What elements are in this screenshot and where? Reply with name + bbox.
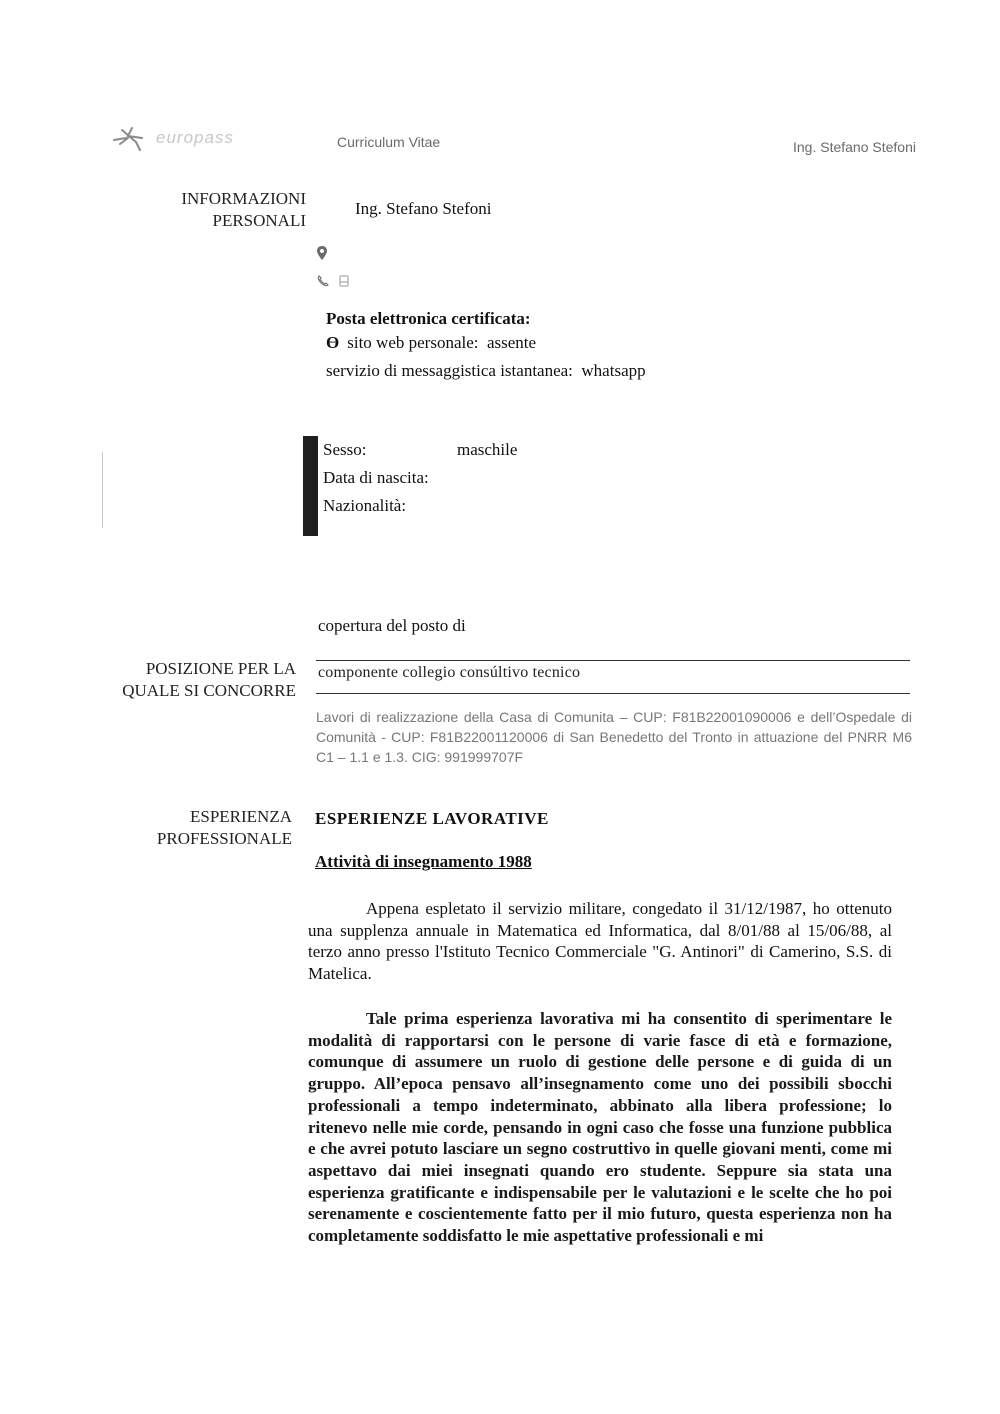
section-label-line: INFORMAZIONI xyxy=(86,188,306,210)
detail-label: Data di nascita: xyxy=(323,464,457,492)
scan-margin-line xyxy=(102,452,103,528)
section-label-experience: ESPERIENZA PROFESSIONALE xyxy=(72,806,292,850)
experience-heading: ESPERIENZE LAVORATIVE xyxy=(315,809,549,829)
phone-icon xyxy=(317,275,329,287)
full-name: Ing. Stefano Stefoni xyxy=(355,199,491,219)
website-value: assente xyxy=(487,333,536,352)
experience-paragraph: Appena espletato il servizio militare, c… xyxy=(308,898,892,984)
detail-row-birthdate: Data di nascita: xyxy=(323,464,517,492)
personal-details: Sesso: maschile Data di nascita: Naziona… xyxy=(323,436,517,520)
location-pin-icon xyxy=(317,246,327,260)
experience-paragraph: Tale prima esperienza lavorativa mi ha c… xyxy=(308,1008,892,1247)
detail-row-nationality: Nazionalità: xyxy=(323,492,517,520)
messaging-row: servizio di messaggistica istantanea: wh… xyxy=(326,361,646,381)
section-label-personal-info: INFORMAZIONI PERSONALI xyxy=(86,188,306,232)
detail-label: Sesso: xyxy=(323,436,457,464)
website-label: sito web personale: xyxy=(347,333,478,352)
website-row: ϴsito web personale: assente xyxy=(326,333,536,353)
pec-label: Posta elettronica certificata: xyxy=(326,309,531,329)
detail-value: maschile xyxy=(457,436,517,464)
header-name: Ing. Stefano Stefoni xyxy=(793,139,916,155)
redaction-bar xyxy=(303,436,318,536)
europass-star-icon xyxy=(112,124,152,154)
section-label-line: POSIZIONE PER LA xyxy=(76,658,296,680)
web-icon: ϴ xyxy=(326,333,339,352)
messaging-label: servizio di messaggistica istantanea: xyxy=(326,361,573,380)
divider xyxy=(316,693,910,694)
section-label-line: PROFESSIONALE xyxy=(72,828,292,850)
section-label-position: POSIZIONE PER LA QUALE SI CONCORRE xyxy=(76,658,296,702)
section-label-line: QUALE SI CONCORRE xyxy=(76,680,296,702)
position-description: Lavori di realizzazione della Casa di Co… xyxy=(316,707,912,767)
position-value: componente collegio consúltivo tecnico xyxy=(318,664,580,682)
document-title: Curriculum Vitae xyxy=(337,134,440,150)
messaging-value: whatsapp xyxy=(581,361,645,380)
section-label-line: ESPERIENZA xyxy=(72,806,292,828)
logo-text: europass xyxy=(156,128,234,148)
divider xyxy=(316,660,910,661)
mobile-phone-icon xyxy=(339,275,349,287)
position-intro: copertura del posto di xyxy=(318,616,466,636)
section-label-line: PERSONALI xyxy=(86,210,306,232)
detail-label: Nazionalità: xyxy=(323,492,457,520)
europass-logo: europass xyxy=(112,124,242,154)
experience-subheading: Attività di insegnamento 1988 xyxy=(315,852,532,872)
detail-row-sex: Sesso: maschile xyxy=(323,436,517,464)
